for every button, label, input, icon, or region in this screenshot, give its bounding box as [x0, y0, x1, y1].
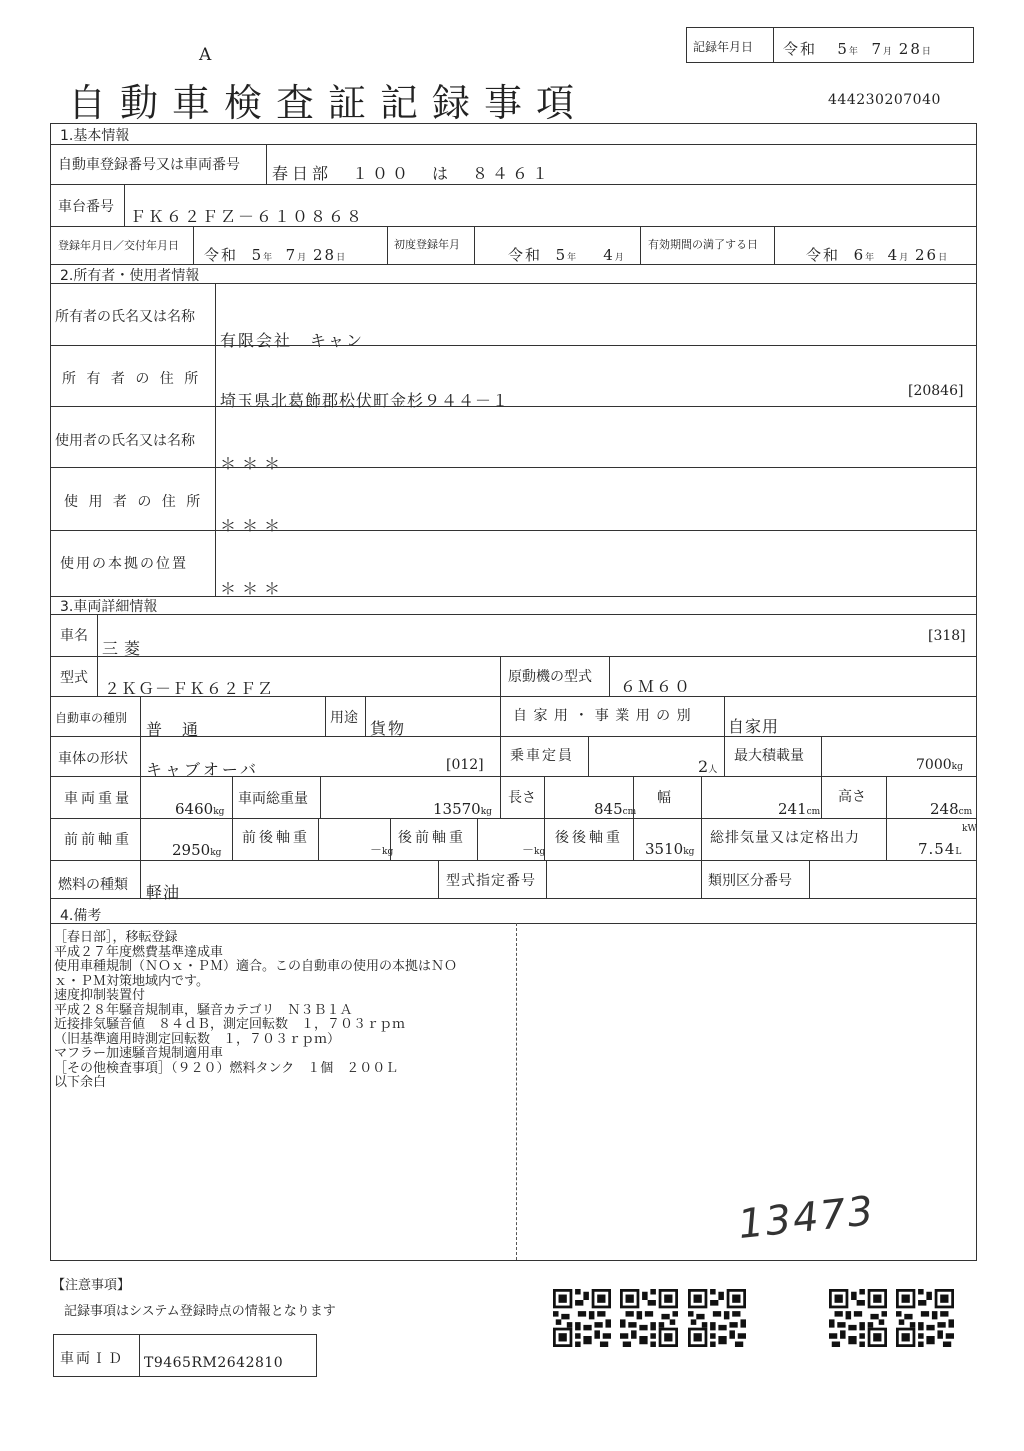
- class-number-label: 類別区分番号: [708, 870, 792, 890]
- body-label: 車体の形状: [58, 748, 128, 768]
- displacement-label: 総排気量又は定格出力: [710, 827, 860, 847]
- section2-title: 2.所有者・使用者情報: [60, 265, 199, 285]
- owner-address-label: 所 有 者 の 住 所: [62, 368, 201, 388]
- section4-title: 4.備考: [60, 905, 101, 925]
- notes-title: 【注意事項】: [52, 1274, 130, 1293]
- rr-axle-label: 後後軸重: [555, 827, 623, 847]
- record-date-box: 記録年月日 令和 5年 7月 28日: [686, 27, 974, 63]
- expiry-value: 令和 6年 4月 26日: [806, 244, 947, 265]
- qr-code-icon: [620, 1289, 678, 1347]
- private-business-value: 自家用: [728, 714, 779, 737]
- owner-name-label: 所有者の氏名又は名称: [55, 306, 195, 326]
- private-business-label: 自 家 用 ・ 事 業 用 の 別: [513, 705, 692, 725]
- chassis-label: 車台番号: [58, 196, 114, 216]
- length-label: 長さ: [508, 787, 536, 807]
- section3-title: 3.車両詳細情報: [60, 596, 157, 616]
- purpose-label: 用途: [330, 707, 358, 727]
- gross-weight-value: 13570kg: [433, 800, 492, 818]
- gross-weight-label: 車両総重量: [238, 788, 308, 808]
- qr-code-icon: [688, 1289, 746, 1347]
- max-load-value: 7000kg: [916, 757, 963, 773]
- record-date-label: 記録年月日: [693, 38, 753, 55]
- rf-axle-label: 後前軸重: [398, 827, 466, 847]
- reg-date-value: 令和 5年 7月 28日: [204, 244, 345, 265]
- reg-date-label: 登録年月日／交付年月日: [58, 237, 179, 253]
- displacement-value: 7.54L: [918, 840, 961, 858]
- maker-label: 車名: [60, 625, 88, 645]
- type-designation-label: 型式指定番号: [446, 870, 536, 890]
- width-label: 幅: [657, 787, 671, 807]
- qr-code-icon: [553, 1289, 611, 1347]
- ff-axle-value: 2950kg: [172, 841, 221, 859]
- capacity-value: 2人: [698, 757, 717, 776]
- section1-title: 1.基本情報: [60, 125, 129, 145]
- qr-code-icon: [829, 1289, 887, 1347]
- owner-address-code: [20846]: [908, 383, 963, 399]
- notes-text: 記録事項はシステム登録時点の情報となります: [64, 1300, 336, 1319]
- fuel-label: 燃料の種類: [58, 874, 128, 894]
- max-load-label: 最大積載量: [734, 745, 804, 765]
- remarks-text: ［春日部］，移転登録 平成２７年度燃費基準達成車 使用車種規制（ＮＯｘ・ＰＭ）適…: [54, 931, 457, 1091]
- vehicle-id-box: 車両ＩＤ T9465RM2642810: [53, 1334, 317, 1377]
- height-label: 高さ: [838, 786, 866, 806]
- doc-number: 444230207040: [828, 92, 941, 108]
- engine-value: ６Ｍ６０: [620, 674, 692, 697]
- vehicle-id-label: 車両ＩＤ: [60, 1348, 124, 1368]
- qr-code-icon: [896, 1289, 954, 1347]
- base-location-label: 使用の本拠の位置: [60, 553, 188, 573]
- first-reg-label: 初度登録年月: [394, 236, 460, 252]
- maker-code: [318]: [928, 628, 966, 644]
- reg-number-value: 春日部 １００ は ８４６１: [272, 161, 552, 184]
- engine-label: 原動機の型式: [508, 666, 592, 686]
- reg-number-label: 自動車登録番号又は車両番号: [58, 154, 240, 174]
- vehicle-id-value: T9465RM2642810: [144, 1355, 283, 1371]
- chassis-value: ＦＫ６２ＦＺ－６１０８６８: [130, 204, 364, 227]
- height-value: 248cm: [930, 800, 972, 818]
- user-name-value: ＊＊＊: [220, 451, 286, 474]
- category-label: 自動車の種別: [55, 709, 127, 726]
- user-address-value: ＊＊＊: [220, 513, 286, 536]
- expiry-label: 有効期間の満了する日: [648, 236, 758, 252]
- user-address-label: 使 用 者 の 住 所: [64, 491, 203, 511]
- weight-value: 6460kg: [175, 800, 224, 818]
- ff-axle-label: 前前軸重: [64, 829, 132, 849]
- owner-name-value: 有限会社 キャン: [220, 328, 364, 351]
- body-code: [012]: [446, 757, 484, 773]
- record-date-value: 令和 5年 7月 28日: [783, 38, 931, 59]
- weight-label: 車両重量: [64, 788, 132, 808]
- first-reg-value: 令和 5年 4月: [508, 244, 624, 265]
- header-mark: A: [199, 45, 211, 65]
- displacement-unit-kw: kW: [962, 824, 977, 834]
- model-label: 型式: [60, 667, 88, 687]
- width-value: 241cm: [778, 800, 820, 818]
- user-name-label: 使用者の氏名又は名称: [55, 430, 195, 450]
- fr-axle-label: 前後軸重: [242, 827, 310, 847]
- rf-axle-value: －kg: [522, 841, 545, 858]
- fuel-value: 軽油: [146, 880, 180, 903]
- capacity-label: 乗車定員: [510, 745, 574, 765]
- page-title: 自動車検査証記録事項: [68, 72, 588, 127]
- rr-axle-value: 3510kg: [645, 840, 694, 858]
- owner-address-value: 埼玉県北葛飾郡松伏町金杉９４４－１: [220, 388, 509, 411]
- length-value: 845cm: [594, 800, 636, 818]
